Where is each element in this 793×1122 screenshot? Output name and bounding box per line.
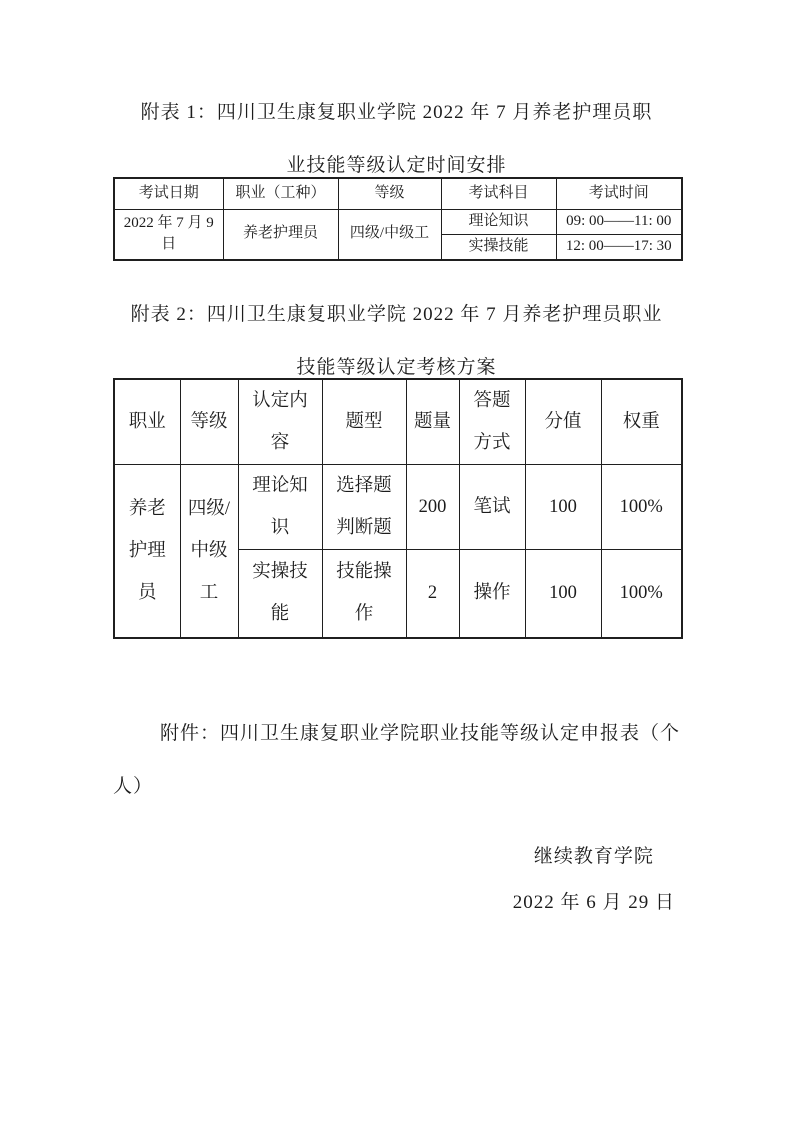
col-header-subject: 考试科目 xyxy=(441,178,556,209)
signature-department: 继续教育学院 xyxy=(513,834,675,880)
time-practice-cell: 12: 00——17: 30 xyxy=(556,234,682,260)
level2-cell: 四级/中级工 xyxy=(180,465,238,638)
qtype-theory-cell: 选择题 判断题 xyxy=(322,465,406,550)
mode-theory-cell: 笔试 xyxy=(459,465,525,550)
score-theory-cell: 100 xyxy=(525,465,601,550)
col-header-occupation: 职业（工种） xyxy=(223,178,338,209)
time-theory-cell: 09: 00——11: 00 xyxy=(556,209,682,234)
weight-practice-cell: 100% xyxy=(601,550,682,638)
qtype-practice-cell: 技能操作 xyxy=(322,550,406,638)
score-practice-cell: 100 xyxy=(525,550,601,638)
col-header-exam-date: 考试日期 xyxy=(114,178,223,209)
col-header-quantity: 题量 xyxy=(406,379,459,465)
weight-theory-cell: 100% xyxy=(601,465,682,550)
signature-block: 继续教育学院 2022 年 6 月 29 日 xyxy=(513,834,675,926)
signature-date: 2022 年 6 月 29 日 xyxy=(513,880,675,926)
assessment-plan-table: 职业 等级 认定内容 题型 题量 答题方式 分值 权重 养老护理员 四级/中级工… xyxy=(113,378,683,639)
exam-date-cell: 2022 年 7 月 9 日 xyxy=(114,209,223,260)
col-header-time: 考试时间 xyxy=(556,178,682,209)
assessment-title-line1: 附表 2：四川卫生康复职业学院 2022 年 7 月养老护理员职业 xyxy=(0,288,793,341)
occupation2-cell: 养老护理员 xyxy=(114,465,180,638)
col-header-question-type: 题型 xyxy=(322,379,406,465)
col-header-content: 认定内容 xyxy=(238,379,322,465)
subject-theory-cell: 理论知识 xyxy=(441,209,556,234)
schedule-header-row: 考试日期 职业（工种） 等级 考试科目 考试时间 xyxy=(114,178,682,209)
level-cell: 四级/中级工 xyxy=(338,209,441,260)
content-theory-cell: 理论知识 xyxy=(238,465,322,550)
col-header-occupation2: 职业 xyxy=(114,379,180,465)
assessment-header-row: 职业 等级 认定内容 题型 题量 答题方式 分值 权重 xyxy=(114,379,682,465)
col-header-level2: 等级 xyxy=(180,379,238,465)
schedule-title-line1: 附表 1：四川卫生康复职业学院 2022 年 7 月养老护理员职 xyxy=(0,86,793,139)
attachment-note: 附件：四川卫生康复职业学院职业技能等级认定申报表（个人） xyxy=(113,707,681,813)
schedule-row-theory: 2022 年 7 月 9 日 养老护理员 四级/中级工 理论知识 09: 00—… xyxy=(114,209,682,234)
exam-schedule-table: 考试日期 职业（工种） 等级 考试科目 考试时间 2022 年 7 月 9 日 … xyxy=(113,177,683,261)
col-header-score: 分值 xyxy=(525,379,601,465)
col-header-weight: 权重 xyxy=(601,379,682,465)
quantity-theory-cell: 200 xyxy=(406,465,459,550)
occupation-cell: 养老护理员 xyxy=(223,209,338,260)
assessment-row-theory: 养老护理员 四级/中级工 理论知识 选择题 判断题 200 笔试 100 100… xyxy=(114,465,682,550)
document-page: 附表 1：四川卫生康复职业学院 2022 年 7 月养老护理员职 业技能等级认定… xyxy=(0,0,793,1122)
mode-practice-cell: 操作 xyxy=(459,550,525,638)
quantity-practice-cell: 2 xyxy=(406,550,459,638)
col-header-level: 等级 xyxy=(338,178,441,209)
col-header-answer-mode: 答题方式 xyxy=(459,379,525,465)
subject-practice-cell: 实操技能 xyxy=(441,234,556,260)
content-practice-cell: 实操技能 xyxy=(238,550,322,638)
